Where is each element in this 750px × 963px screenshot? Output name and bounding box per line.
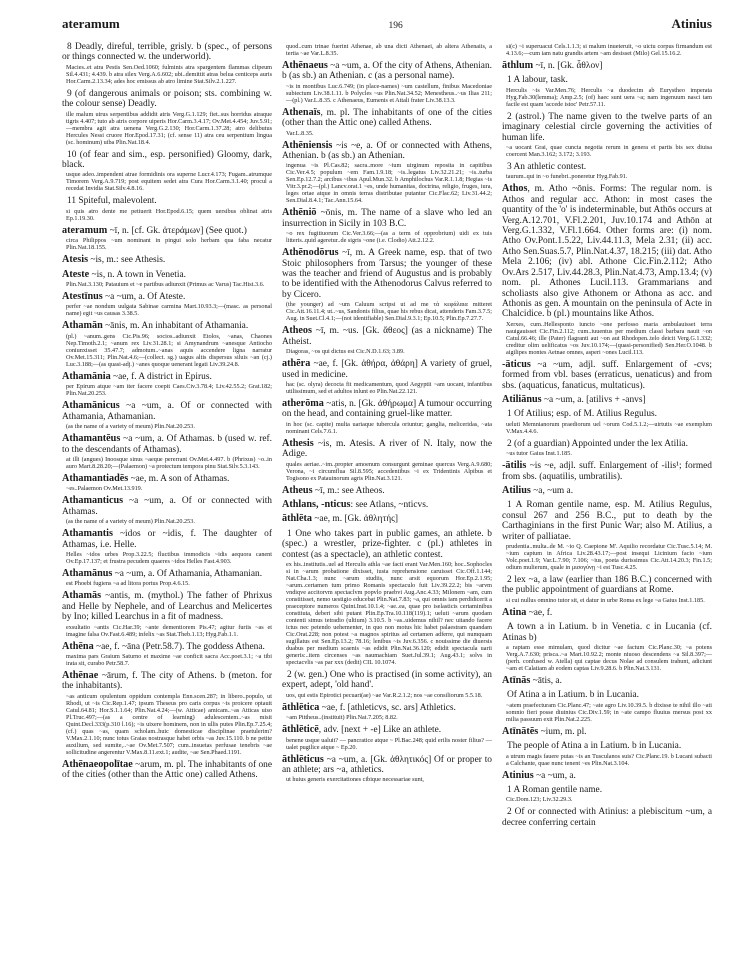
definition-text: 2 (w. gen.) One who is practised (in som… [282, 670, 492, 690]
citation-block: hac (sc. olyra) decocta fit medicamentum… [282, 381, 492, 395]
dictionary-entry: -ātilis ~is ~e, adjl. suff. Enlargement … [502, 461, 712, 482]
definition-text: ~ae, m. A son of Athamas. [128, 474, 229, 484]
citation-block: ex his..institutis..uel ad Herculis athl… [282, 561, 492, 666]
definition-text: ~is ~e, adjl. suff. Enlargement of -ilis… [502, 461, 712, 481]
entry-definition: -āticus ~a ~um, adjl. suff. Enlargement … [502, 360, 712, 391]
headword: āthlum [502, 60, 533, 71]
entry-definition: āthlēta ~ae, m. [Gk. ἀθλητής] [282, 514, 492, 524]
citation-block: a utrum magis fauere putas ~is an Tuscul… [502, 753, 712, 767]
text-columns: 8 Deadly, direful, terrible, grisly. b (… [62, 42, 712, 832]
entry-definition: Athamantiadēs ~ae, m. A son of Athamas. [62, 474, 272, 484]
headword: Athlans, -nticus [282, 499, 351, 510]
dictionary-entry: Athēna ~ae, f. ~āna (Petr.58.7). The god… [62, 642, 272, 667]
definition-text: ~ae, f. [Gk. ἀθήρα, ἀθάρη] A variety of … [282, 359, 492, 379]
definition-text: 2 (of a guardian) Appointed under the le… [507, 439, 688, 449]
entry-definition: Athamantis ~idos or ~idis, f. The daught… [62, 529, 272, 550]
headword: āthlēta [282, 513, 312, 524]
headword: Athēnaeopolītae [62, 759, 133, 770]
entry-definition: 3 An athletic contest. [502, 162, 712, 172]
definition-text: ~ī, n. [Gk. ἆθλον] [533, 61, 602, 71]
citation-block: ~o rex fugitiuorum Cic.Ver.3.66;—(as a t… [282, 230, 492, 244]
entry-definition: Athesis ~is, m. Atesis. A river of N. It… [282, 439, 492, 460]
entry-definition: āthlum ~ī, n. [Gk. ἆθλον] [502, 61, 712, 71]
dictionary-entry: āthlētica ~ae, f. [athleticvs, sc. ars] … [282, 703, 492, 721]
citation-block: exsultatio ~antis Cic.Har.39; ~ante deme… [62, 624, 272, 638]
headword: Athēnaeus [282, 60, 328, 71]
definition-text: 2 (astrol.) The name given to the twelve… [502, 112, 712, 143]
entry-definition: Of Atina a in Latium. b in Lucania. [502, 690, 712, 700]
entry-definition: 1 One who takes part in public games, an… [282, 529, 492, 560]
headword: ateramum [62, 225, 107, 236]
dictionary-entry: Athamānia ~ae, f. A district in Epirus.p… [62, 372, 272, 397]
headword: Athamantis [62, 528, 113, 539]
definition-text: Of Atina a in Latium. b in Lucania. [507, 690, 639, 700]
entry-definition: Athamān ~ānis, m. An inhabitant of Atham… [62, 321, 272, 331]
entry-definition: āthlēticus ~a ~um, a. [Gk. ἀθλητικός] Of… [282, 755, 492, 776]
definition-text: 1 A Roman gentile name. [507, 785, 602, 795]
entry-definition: Atilius ~a, ~um a. [502, 486, 712, 496]
citation-block: ~a uocant Grai, quae cuncta negotia reru… [502, 144, 712, 158]
definition-text: 1 A Roman gentile name, esp. M. Atilius … [502, 500, 712, 541]
entry-definition: Athenaïs, m. pl. The inhabitants of one … [282, 108, 492, 129]
headword: Athēnodōrus [282, 247, 339, 258]
citation-block: benene usque ualuit? — pancratice atque … [282, 737, 492, 751]
headword: Athamānus [62, 568, 112, 579]
definition-text: ~ae, f. [526, 608, 552, 618]
dictionary-entry: Athamanticus ~a ~um, a. Of or connected … [62, 496, 272, 525]
headword: Atestīnus [62, 291, 103, 302]
definition-text: ~a, ~um a. [531, 486, 573, 496]
citation-block: taurum..qui in ~o funebri..poneretur Hyg… [502, 173, 712, 180]
citation-block: ~am Pittheus..(instituit) Plin.Nat.7.205… [282, 714, 492, 721]
dictionary-entry: 11 Spiteful, malevolent.si quis atro den… [62, 196, 272, 221]
entry-definition: 1 A labour, task. [502, 75, 712, 85]
dictionary-entry: Athēniensis ~is ~e, a. Of or connected w… [282, 141, 492, 205]
definition-text: ~a ~um, a. Of Athamania, Athamanian. [112, 569, 262, 579]
headword: Athēnae [62, 670, 98, 681]
definition-text: ~a ~um, a. Of Ateste. [103, 292, 186, 302]
dictionary-entry: 2 lex ~a, a law (earlier than 186 B.C.) … [502, 575, 712, 604]
dictionary-entry: āthlum ~ī, n. [Gk. ἆθλον] [502, 61, 712, 71]
entry-definition: A town a in Latium. b in Venetia. c in L… [502, 622, 712, 643]
entry-definition: Athēnaeus ~a ~um, a. Of the city of Athe… [282, 61, 492, 82]
headword: Ateste [62, 269, 89, 280]
citation-block: ~atem praefecturam Cic.Planc.47; ~ate ag… [502, 702, 712, 723]
citation-block: per Epirum atque ~am iter facere coepit … [62, 383, 272, 397]
dictionary-entry: 10 (of fear and sim., esp. personified) … [62, 150, 272, 193]
definition-text: 3 An athletic contest. [507, 162, 586, 172]
citation-block: Var.L.8.35. [282, 130, 492, 137]
dictionary-entry: Atiliānus ~a ~um, a. [atilivs + -anvs] [502, 395, 712, 405]
headword: Atīnās [502, 675, 530, 686]
dictionary-entry: Athlans, -nticus: see Atlans, ~nticvs. [282, 500, 492, 510]
entry-definition: Athamās ~antis, m. (mythol.) The father … [62, 591, 272, 622]
citation-block: Helles ~idos urbes Prop.3.22.5; fluctibu… [62, 551, 272, 565]
headword: Athamān [62, 320, 103, 331]
definition-text: , adv. [next + -e] Like an athlete. [319, 725, 441, 735]
headword: Atesis [62, 254, 88, 265]
dictionary-entry: Athēnaeopolītae ~arum, m. pl. The inhabi… [62, 760, 272, 781]
dictionary-entry: quod..cum trinae fuerint Athenae, ab una… [282, 43, 492, 57]
entry-definition: Athlans, -nticus: see Atlans, ~nticvs. [282, 500, 492, 510]
entry-definition: Athēniō ~ōnis, m. The name of a slave wh… [282, 208, 492, 229]
dictionary-entry: 1 A labour, task.Herculis ~is Var.Men.76… [502, 75, 712, 107]
entry-definition: 1 Of Atilius; esp. of M. Atilius Regulus… [502, 409, 712, 419]
citation-block: si cui nullus omnino tutor sit, ei datur… [502, 597, 712, 604]
headword: Atilius [502, 485, 531, 496]
definition-text: ~ae, m. [Gk. ἀθλητής] [312, 514, 398, 524]
definition-text: ~ae, f. ~āna (Petr.58.7). The goddess At… [94, 642, 265, 652]
dictionary-entry: 2 (of a guardian) Appointed under the le… [502, 439, 712, 457]
citation-block: ~us tutor Gaius Inst.1.185. [502, 450, 712, 457]
dictionary-entry: Athēnaeus ~a ~um, a. Of the city of Athe… [282, 61, 492, 104]
headword: athēra [282, 358, 310, 369]
dictionary-entry: Atīnātēs ~ium, m. pl. [502, 727, 712, 737]
citation-block: si quis atro dente me petiuerit Hor.Epod… [62, 208, 272, 222]
headword: Atinius [502, 770, 534, 781]
dictionary-entry: āthlēta ~ae, m. [Gk. ἀθλητής] [282, 514, 492, 524]
citation-block: perfer ~ae nondum uulgata Sabinae carmin… [62, 303, 272, 317]
entry-definition: 9 (of dangerous animals or poison; sts. … [62, 89, 272, 110]
entry-definition: Atheos ~ī, m. ~us. [Gk. ἄθεος] (as a nic… [282, 326, 492, 347]
definition-text: ~ānis, m. An inhabitant of Athamania. [103, 321, 248, 331]
dictionary-entry: Athenaïs, m. pl. The inhabitants of one … [282, 108, 492, 137]
headword: Athesis [282, 438, 314, 449]
dictionary-entry: Atheos ~ī, m. ~us. [Gk. ἄθεος] (as a nic… [282, 326, 492, 355]
definition-text: 8 Deadly, direful, terrible, grisly. b (… [62, 42, 272, 62]
citation-block: (as the name of a variety of meum) Plin.… [62, 423, 272, 430]
citation-block: prudentia..multa..de M. ~io Q. Caepione … [502, 543, 712, 571]
headword: Athamānicus [62, 400, 120, 411]
definition-text: ~ātis, a. [530, 676, 562, 686]
headword: Athamānia [62, 371, 111, 382]
headword: Athamantēus [62, 433, 120, 444]
citation-block: ingenua ~is Pl.Cas.82; sacra..more ~ium … [282, 162, 492, 204]
dictionary-entry: 2 (astrol.) The name given to the twelve… [502, 112, 712, 158]
definition-text: ~ium, m. pl. [538, 727, 586, 737]
entry-definition: Atesis ~is, m.: see Athesis. [62, 255, 272, 265]
entry-definition: Ateste ~is, n. A town in Venetia. [62, 270, 272, 280]
citation-block: ut huius generis exercitationes cibique … [282, 776, 492, 783]
entry-definition: Athamanticus ~a ~um, a. Of or connected … [62, 496, 272, 517]
definition-text: ~a ~um, adjl. suff. Enlargement of -cvs;… [502, 360, 712, 391]
entry-definition: -ātilis ~is ~e, adjl. suff. Enlargement … [502, 461, 712, 482]
headword: Athēniensis [282, 140, 332, 151]
dictionary-entry: A town a in Latium. b in Venetia. c in L… [502, 622, 712, 672]
dictionary-entry: Atestīnus ~a ~um, a. Of Ateste.perfer ~a… [62, 292, 272, 317]
entry-definition: Atestīnus ~a ~um, a. Of Ateste. [62, 292, 272, 302]
citation-block: maxima pars Graium Saturno et maxime ~ae… [62, 653, 272, 667]
entry-definition: Atīnās ~ātis, a. [502, 676, 712, 686]
headword: āthlētica [282, 702, 319, 713]
citation-block: quod..cum trinae fuerint Athenae, ab una… [282, 43, 492, 57]
headword: Athos [502, 183, 527, 194]
definition-text: 2 Of or connected with Atinius: a plebis… [502, 807, 712, 827]
dictionary-entry: āthlēticē, adv. [next + -e] Like an athl… [282, 725, 492, 750]
entry-definition: Athēna ~ae, f. ~āna (Petr.58.7). The god… [62, 642, 272, 652]
citation-block: (as the name of a variety of meum) Plin.… [62, 518, 272, 525]
citation-block: ~is in montibus Luc.6.749; (in place-nam… [282, 83, 492, 104]
citation-block: uos, qui estis Epirotici pecuari(ae) ~ae… [282, 692, 492, 699]
citation-block: est Phoebi fugiens ~a ad litora portus P… [62, 580, 272, 587]
definition-text: ~a ~um, a. [534, 771, 576, 781]
headword: Atīnātēs [502, 726, 538, 737]
definition-text: 1 A labour, task. [507, 75, 568, 85]
dictionary-entry: Athēnodōrus ~ī, m. A Greek name, esp. th… [282, 248, 492, 322]
entry-definition: 1 A Roman gentile name, esp. M. Atilius … [502, 500, 712, 542]
headword: Atina [502, 607, 526, 618]
entry-definition: Atina ~ae, f. [502, 608, 712, 618]
column-3: si(c) ~i superuacui Cels.1.1.3; si malum… [502, 42, 712, 832]
definition-text: 9 (of dangerous animals or poison; sts. … [62, 89, 272, 109]
definition-text: , m. Atho ~ōnis. Forms: The regular nom.… [502, 184, 712, 319]
definition-text: ~ī, n. [cf. Gk. ἀτεράμων] (See quot.) [107, 226, 247, 236]
dictionary-entry: 2 (w. gen.) One who is practised (in som… [282, 670, 492, 699]
dictionary-entry: 3 An athletic contest.taurum..qui in ~o … [502, 162, 712, 180]
dictionary-entry: āthlēticus ~a ~um, a. [Gk. ἀθλητικός] Of… [282, 755, 492, 784]
definition-text: ~ae, f. [athleticvs, sc. ars] Athletics. [319, 703, 456, 713]
entry-definition: Athēnodōrus ~ī, m. A Greek name, esp. th… [282, 248, 492, 300]
entry-definition: athēra ~ae, f. [Gk. ἀθήρα, ἀθάρη] A vari… [282, 359, 492, 380]
definition-text: ~ae, f. A district in Epirus. [111, 372, 212, 382]
definition-text: ~ī, m. ~us. [Gk. ἄθεος] (as a nickname) … [282, 326, 492, 346]
dictionary-entry: Atīnās ~ātis, a. [502, 676, 712, 686]
citation-block: si(c) ~i superuacui Cels.1.1.3; si malum… [502, 43, 712, 57]
definition-text: 2 lex ~a, a law (earlier than 186 B.C.) … [502, 575, 712, 595]
dictionary-entry: 9 (of dangerous animals or poison; sts. … [62, 89, 272, 146]
dictionary-entry: Athēnae ~ārum, f. The city of Athens. b … [62, 671, 272, 756]
headword: -ātilis [502, 460, 526, 471]
entry-definition: Athamānus ~a ~um, a. Of Athamania, Atham… [62, 569, 272, 579]
headword: Athēniō [282, 207, 317, 218]
definition-text: The people of Atina a in Latium. b in Lu… [507, 741, 681, 751]
entry-definition: Atīnātēs ~ium, m. pl. [502, 727, 712, 737]
definition-text: A town a in Latium. b in Venetia. c in L… [502, 622, 712, 642]
entry-definition: 2 (astrol.) The name given to the twelve… [502, 112, 712, 143]
definition-text: ~ī, m.: see Atheos. [313, 486, 385, 496]
entry-definition: 2 Of or connected with Atinius: a plebis… [502, 807, 712, 828]
entry-definition: Athēnaeopolītae ~arum, m. pl. The inhabi… [62, 760, 272, 781]
page-number: 196 [389, 21, 403, 31]
citation-block: Herculis ~is Var.Men.76; Herculis ~a duo… [502, 87, 712, 108]
running-head: ateramum 196 Atinius [62, 16, 712, 36]
dictionary-entry: 1 One who takes part in public games, an… [282, 529, 492, 666]
dictionary-entry: athēra ~ae, f. [Gk. ἀθήρα, ἀθάρη] A vari… [282, 359, 492, 395]
dictionary-entry: Athamantēus ~a ~um, a. Of Athamas. b (us… [62, 434, 272, 470]
dictionary-entry: si(c) ~i superuacui Cels.1.1.3; si malum… [502, 43, 712, 57]
headword: Athamās [62, 590, 101, 601]
entry-definition: 1 A Roman gentile name. [502, 785, 712, 795]
citation-block: ~es..Palaemon Ov.Met.13.919. [62, 485, 272, 492]
dictionary-entry: 1 A Roman gentile name.Cic.Dom.123; Liv.… [502, 785, 712, 803]
dictionary-entry: atherōma ~atis, n. [Gk. ἀθήρωμα] A tumou… [282, 399, 492, 435]
headword: Athamantiadēs [62, 473, 128, 484]
headword: āthlēticus [282, 754, 324, 765]
dictionary-entry: Athesis ~is, m. Atesis. A river of N. It… [282, 439, 492, 482]
entry-definition: 2 (of a guardian) Appointed under the le… [502, 439, 712, 449]
headword: Athēna [62, 641, 94, 652]
citation-block: ~as anticum opulentum oppidum contempla … [62, 693, 272, 756]
column-1: 8 Deadly, direful, terrible, grisly. b (… [62, 42, 272, 832]
dictionary-entry: Atina ~ae, f. [502, 608, 712, 618]
entry-definition: Athamānicus ~a ~um, a. Of or connected w… [62, 401, 272, 422]
guide-word-last: Atinius [672, 16, 712, 32]
entry-definition: Athamānia ~ae, f. A district in Epirus. [62, 372, 272, 382]
entry-definition: Athamantēus ~a ~um, a. Of Athamas. b (us… [62, 434, 272, 455]
definition-text: 1 Of Atilius; esp. of M. Atilius Regulus… [507, 409, 657, 419]
headword: Atiliānus [502, 394, 542, 405]
definition-text: ~is, n. A town in Venetia. [89, 270, 186, 280]
entry-definition: 11 Spiteful, malevolent. [62, 196, 272, 206]
entry-definition: Atinius ~a ~um, a. [502, 771, 712, 781]
citation-block: (the younger) ad ~um Caluum scripsi ut a… [282, 301, 492, 322]
definition-text: 1 One who takes part in public games, an… [282, 529, 492, 560]
headword: -āticus [502, 359, 531, 370]
headword: atherōma [282, 398, 324, 409]
dictionary-entry: Ateste ~is, n. A town in Venetia.Plin.Na… [62, 270, 272, 288]
dictionary-entry: Atilius ~a, ~um a. [502, 486, 712, 496]
headword: āthlēticē [282, 724, 319, 735]
dictionary-entry: Atheus ~ī, m.: see Atheos. [282, 486, 492, 496]
citation-block: (pl.) ~anum..gens Cic.Pis.96; socios..ad… [62, 333, 272, 368]
citation-block: Cic.Dom.123; Liv.32.29.3. [502, 796, 712, 803]
definition-text: ~is, m.: see Athesis. [88, 255, 165, 265]
entry-definition: atherōma ~atis, n. [Gk. ἀθήρωμα] A tumou… [282, 399, 492, 420]
entry-definition: 10 (of fear and sim., esp. personified) … [62, 150, 272, 171]
definition-text: : see Atlans, ~nticvs. [351, 500, 429, 510]
definition-text: ~is, m. Atesis. A river of N. Italy, now… [282, 439, 492, 459]
dictionary-entry: Of Atina a in Latium. b in Lucania.~atem… [502, 690, 712, 722]
entry-definition: ateramum ~ī, n. [cf. Gk. ἀτεράμων] (See … [62, 226, 272, 236]
entry-definition: āthlētica ~ae, f. [athleticvs, sc. ars] … [282, 703, 492, 713]
entry-definition: Atiliānus ~a ~um, a. [atilivs + -anvs] [502, 395, 712, 405]
entry-definition: āthlēticē, adv. [next + -e] Like an athl… [282, 725, 492, 735]
citation-block: in hoc (sc. capite) multa uariaque tuber… [282, 421, 492, 435]
dictionary-page: ateramum 196 Atinius 8 Deadly, direful, … [62, 16, 712, 832]
headword: Athenaïs [282, 107, 321, 118]
dictionary-entry: 1 A Roman gentile name, esp. M. Atilius … [502, 500, 712, 571]
dictionary-entry: -āticus ~a ~um, adjl. suff. Enlargement … [502, 360, 712, 391]
definition-text: 11 Spiteful, malevolent. [67, 196, 157, 206]
citation-block: ueluti Memnianorum praediorum uel ~orum … [502, 421, 712, 435]
citation-block: Macies..et atra Pestis Sen.Oed.1060; ful… [62, 64, 272, 85]
entry-definition: Athēniensis ~is ~e, a. Of or connected w… [282, 141, 492, 162]
dictionary-entry: Athamān ~ānis, m. An inhabitant of Atham… [62, 321, 272, 367]
definition-text: 10 (of fear and sim., esp. personified) … [62, 150, 272, 170]
entry-definition: Atheus ~ī, m.: see Atheos. [282, 486, 492, 496]
dictionary-entry: Athamantiadēs ~ae, m. A son of Athamas.~… [62, 474, 272, 492]
citation-block: Plin.Nat.3.130; Patauium et ~e partibus … [62, 281, 272, 288]
dictionary-entry: The people of Atina a in Latium. b in Lu… [502, 741, 712, 766]
dictionary-entry: Athamās ~antis, m. (mythol.) The father … [62, 591, 272, 637]
guide-word-first: ateramum [62, 16, 120, 32]
dictionary-entry: Athos, m. Atho ~ōnis. Forms: The regular… [502, 184, 712, 355]
column-2: quod..cum trinae fuerint Athenae, ab una… [282, 42, 492, 832]
dictionary-entry: Atesis ~is, m.: see Athesis. [62, 255, 272, 265]
entry-definition: The people of Atina a in Latium. b in Lu… [502, 741, 712, 751]
citation-block: Xerxes, cum..Hellesponto iuncto ~one per… [502, 321, 712, 356]
entry-definition: 2 lex ~a, a law (earlier than 186 B.C.) … [502, 575, 712, 596]
dictionary-entry: Atinius ~a ~um, a. [502, 771, 712, 781]
citation-block: usque adeo..impendent atrae formidinis o… [62, 171, 272, 192]
citation-block: circa Philippos ~um nominant in pingui s… [62, 237, 272, 251]
dictionary-entry: 1 Of Atilius; esp. of M. Atilius Regulus… [502, 409, 712, 434]
dictionary-entry: Athamantis ~idos or ~idis, f. The daught… [62, 529, 272, 565]
headword: Atheus [282, 485, 313, 496]
citation-block: quales aeriae..~im..propter amoenum cons… [282, 461, 492, 482]
dictionary-entry: Athamānicus ~a ~um, a. Of or connected w… [62, 401, 272, 430]
citation-block: ille malum uirus serpentibus addidit atr… [62, 111, 272, 146]
citation-block: a raptam esse mimulam, quod dicitur ~ae … [502, 644, 712, 672]
entry-definition: Athēnae ~ārum, f. The city of Athens. b … [62, 671, 272, 692]
dictionary-entry: Athamānus ~a ~um, a. Of Athamania, Atham… [62, 569, 272, 587]
headword: Athamanticus [62, 495, 123, 506]
entry-definition: 2 (w. gen.) One who is practised (in som… [282, 670, 492, 691]
dictionary-entry: 2 Of or connected with Atinius: a plebis… [502, 807, 712, 828]
citation-block: at illi (angues) Inoosque sinus ~aeque p… [62, 456, 272, 470]
definition-text: ~a ~um, a. [atilivs + -anvs] [542, 395, 646, 405]
dictionary-entry: Athēniō ~ōnis, m. The name of a slave wh… [282, 208, 492, 244]
headword: Atheos [282, 325, 312, 336]
citation-block: Diagoras, ~os qui dictus est Cic.N.D.1.6… [282, 348, 492, 355]
dictionary-entry: ateramum ~ī, n. [cf. Gk. ἀτεράμων] (See … [62, 226, 272, 251]
entry-definition: Athos, m. Atho ~ōnis. Forms: The regular… [502, 184, 712, 319]
dictionary-entry: 8 Deadly, direful, terrible, grisly. b (… [62, 42, 272, 85]
entry-definition: 8 Deadly, direful, terrible, grisly. b (… [62, 42, 272, 63]
